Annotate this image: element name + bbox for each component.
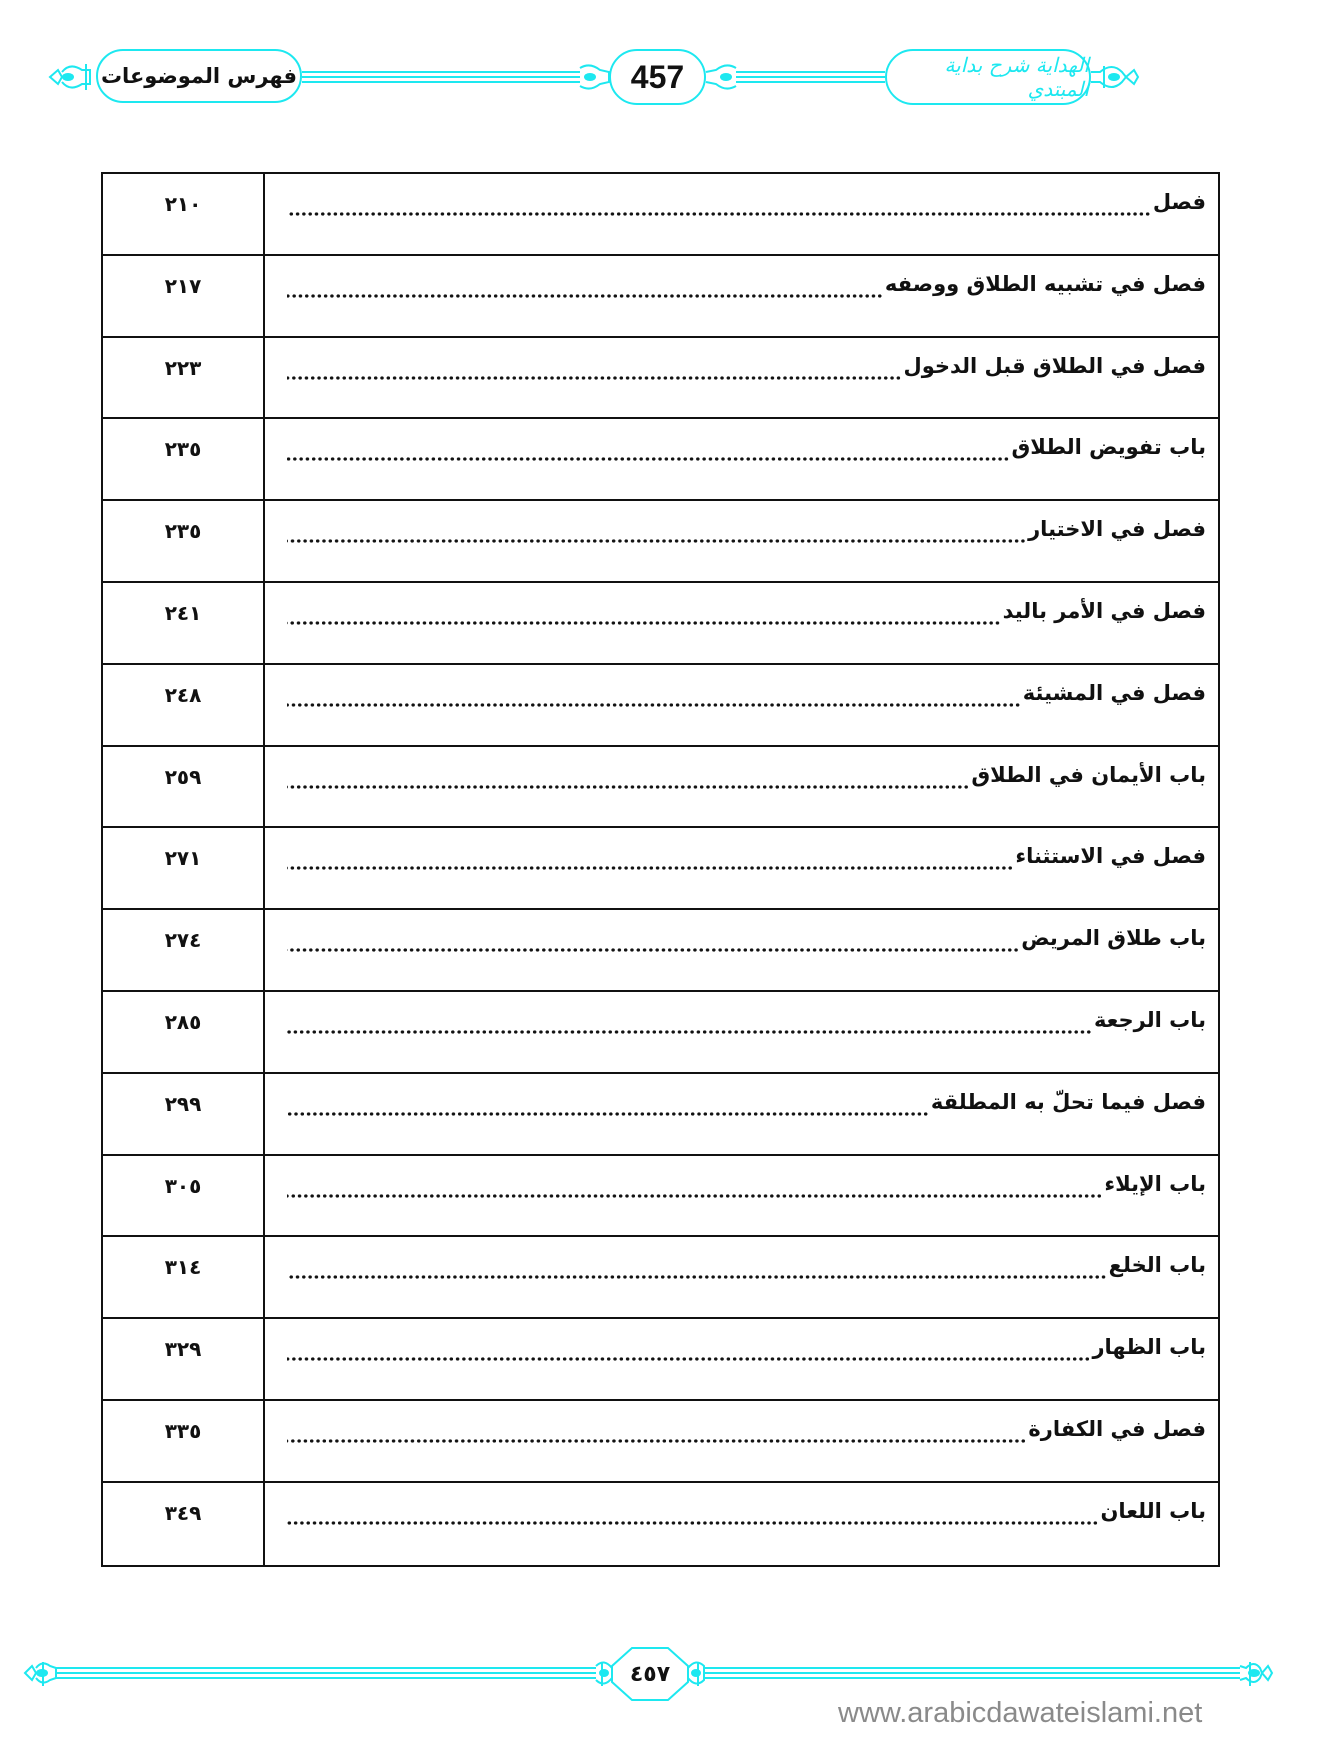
dot-leader xyxy=(287,272,883,302)
toc-entry-title: باب الرجعة xyxy=(1094,1008,1206,1032)
toc-entry: فصل في الاستثناء xyxy=(265,828,1218,908)
toc-page-number: ٢٤٨ xyxy=(103,665,265,745)
dot-leader xyxy=(287,926,1019,956)
toc-row: ٢٥٩ باب الأيمان في الطلاق xyxy=(103,747,1218,829)
toc-row: ٢٧١ فصل في الاستثناء xyxy=(103,828,1218,910)
toc-row: ٣٢٩ باب الظهار xyxy=(103,1319,1218,1401)
toc-page-number: ٢٩٩ xyxy=(103,1074,265,1154)
dot-leader xyxy=(287,1499,1098,1529)
toc-page-number: ٢٢٣ xyxy=(103,338,265,418)
dot-leader xyxy=(287,844,1013,874)
toc-row: ٢٣٥ فصل في الاختيار xyxy=(103,501,1218,583)
toc-entry-title: فصل في المشيئة xyxy=(1023,681,1206,705)
page-footer: ٤٥٧ www.arabicdawateislami.net xyxy=(0,1600,1325,1760)
dot-leader xyxy=(287,1253,1107,1283)
toc-row: ٢٧٤ باب طلاق المريض xyxy=(103,910,1218,992)
toc-entry-title: فصل في الطلاق قبل الدخول xyxy=(904,354,1207,378)
toc-entry: باب الرجعة xyxy=(265,992,1218,1072)
dot-leader xyxy=(287,681,1021,711)
toc-row: ٢٩٩ فصل فيما تحلّ به المطلقة xyxy=(103,1074,1218,1156)
toc-entry: باب الإيلاء xyxy=(265,1156,1218,1236)
toc-row: ٣٤٩ باب اللعان xyxy=(103,1483,1218,1565)
toc-entry-title: فصل في الاستثناء xyxy=(1015,844,1206,868)
footer-page-number: ٤٥٧ xyxy=(612,1647,688,1701)
toc-page-number: ٢١٠ xyxy=(103,174,265,254)
toc-row: ٢٣٥ باب تفويض الطلاق xyxy=(103,419,1218,501)
dot-leader xyxy=(287,763,969,793)
dot-leader xyxy=(287,354,902,384)
toc-entry-title: فصل في الكفارة xyxy=(1028,1417,1206,1441)
toc-page-number: ٣٤٩ xyxy=(103,1483,265,1565)
toc-entry: باب طلاق المريض xyxy=(265,910,1218,990)
toc-row: ٢٤٨ فصل في المشيئة xyxy=(103,665,1218,747)
toc-page-number: ٣١٤ xyxy=(103,1237,265,1317)
book-title: الهداية شرح بداية المبتدي xyxy=(885,49,1091,105)
section-title: فهرس الموضوعات xyxy=(96,49,302,103)
toc-row: ٣٠٥ باب الإيلاء xyxy=(103,1156,1218,1238)
toc-entry-title: فصل في الاختيار xyxy=(1028,517,1206,541)
toc-page-number: ٢١٧ xyxy=(103,256,265,336)
toc-entry: باب تفويض الطلاق xyxy=(265,419,1218,499)
toc-row: ٣٣٥ فصل في الكفارة xyxy=(103,1401,1218,1483)
toc-entry-title: باب الخلع xyxy=(1109,1253,1206,1277)
page-number: 457 xyxy=(609,49,706,105)
toc-page-number: ٢٣٥ xyxy=(103,501,265,581)
toc-page-number: ٢٨٥ xyxy=(103,992,265,1072)
toc-entry-title: باب تفويض الطلاق xyxy=(1012,435,1206,459)
toc-entry: باب الظهار xyxy=(265,1319,1218,1399)
website-url: www.arabicdawateislami.net xyxy=(838,1697,1202,1730)
toc-page-number: ٣٠٥ xyxy=(103,1156,265,1236)
dot-leader xyxy=(287,1417,1026,1447)
toc-page-number: ٢٥٩ xyxy=(103,747,265,827)
dot-leader xyxy=(287,599,1001,629)
page-header: فهرس الموضوعات 457 الهداية شرح بداية الم… xyxy=(0,0,1325,140)
toc-entry-title: باب الأيمان في الطلاق xyxy=(971,763,1206,787)
toc-entry: فصل في تشبيه الطلاق ووصفه xyxy=(265,256,1218,336)
dot-leader xyxy=(287,435,1010,465)
toc-entry: فصل في الاختيار xyxy=(265,501,1218,581)
toc-entry-title: فصل في الأمر باليد xyxy=(1003,599,1206,623)
toc-entry-title: فصل xyxy=(1153,190,1206,214)
toc-entry-title: باب اللعان xyxy=(1100,1499,1206,1523)
toc-entry: باب الأيمان في الطلاق xyxy=(265,747,1218,827)
toc-entry-title: باب الظهار xyxy=(1092,1335,1206,1359)
toc-page-number: ٢٤١ xyxy=(103,583,265,663)
dot-leader xyxy=(287,1335,1090,1365)
dot-leader xyxy=(287,1172,1102,1202)
toc-row: ٢٨٥ باب الرجعة xyxy=(103,992,1218,1074)
toc-entry: فصل في الطلاق قبل الدخول xyxy=(265,338,1218,418)
toc-table: ٢١٠ فصل ٢١٧ فصل في تشبيه الطلاق ووصفه ٢٢… xyxy=(101,172,1220,1567)
toc-entry-title: باب الإيلاء xyxy=(1104,1172,1206,1196)
toc-entry: باب الخلع xyxy=(265,1237,1218,1317)
toc-entry: فصل فيما تحلّ به المطلقة xyxy=(265,1074,1218,1154)
toc-row: ٢١٧ فصل في تشبيه الطلاق ووصفه xyxy=(103,256,1218,338)
toc-entry-title: فصل فيما تحلّ به المطلقة xyxy=(931,1090,1206,1114)
toc-page-number: ٣٣٥ xyxy=(103,1401,265,1481)
dot-leader xyxy=(287,1090,929,1120)
dot-leader xyxy=(287,1008,1092,1038)
dot-leader xyxy=(287,190,1151,220)
toc-page-number: ٢٧١ xyxy=(103,828,265,908)
toc-row: ٢٤١ فصل في الأمر باليد xyxy=(103,583,1218,665)
toc-page-number: ٢٣٥ xyxy=(103,419,265,499)
toc-entry-title: باب طلاق المريض xyxy=(1021,926,1206,950)
toc-entry-title: فصل في تشبيه الطلاق ووصفه xyxy=(885,272,1206,296)
toc-row: ٢٢٣ فصل في الطلاق قبل الدخول xyxy=(103,338,1218,420)
toc-entry: فصل xyxy=(265,174,1218,254)
toc-row: ٣١٤ باب الخلع xyxy=(103,1237,1218,1319)
toc-page-number: ٢٧٤ xyxy=(103,910,265,990)
toc-page-number: ٣٢٩ xyxy=(103,1319,265,1399)
toc-entry: فصل في الأمر باليد xyxy=(265,583,1218,663)
dot-leader xyxy=(287,517,1026,547)
toc-entry: فصل في المشيئة xyxy=(265,665,1218,745)
toc-entry: باب اللعان xyxy=(265,1483,1218,1565)
toc-entry: فصل في الكفارة xyxy=(265,1401,1218,1481)
toc-row: ٢١٠ فصل xyxy=(103,174,1218,256)
